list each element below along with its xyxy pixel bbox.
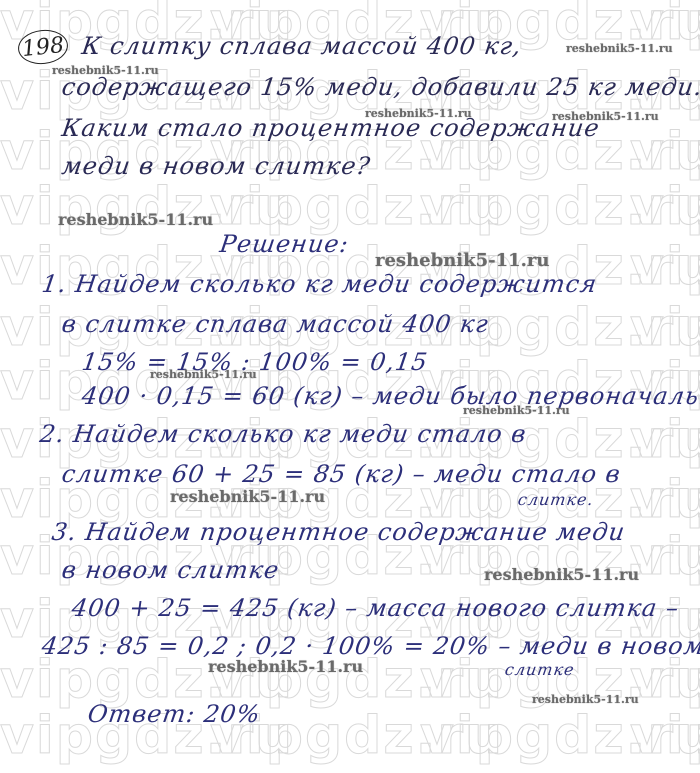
watermark-reshebnik: reshebnik5-11.ru (532, 693, 639, 706)
problem-line: содержащего 15% меди, добавили 25 кг мед… (60, 73, 700, 101)
solution-line: 1. Найдем сколько кг меди содержится (40, 270, 599, 298)
problem-line: меди в новом слитке? (60, 152, 372, 180)
problem-line: Каким стало процентное содержание (60, 114, 602, 142)
watermark-vipgdz: vipgdz.ru (210, 177, 504, 237)
watermark-reshebnik: reshebnik5-11.ru (58, 210, 213, 229)
watermark-reshebnik: reshebnik5-11.ru (566, 42, 673, 55)
solution-line: 400 · 0,15 = 60 (кг) – меди было первона… (80, 382, 700, 410)
watermark-reshebnik: reshebnik5-11.ru (484, 565, 639, 584)
watermark-reshebnik: reshebnik5-11.ru (208, 657, 363, 676)
solution-line: в слитке сплава массой 400 кг (60, 310, 491, 338)
watermark-vipgdz: vipgdz.ru (630, 177, 700, 237)
watermark-vipgdz: vipgdz.ru (420, 706, 700, 766)
watermark-reshebnik: reshebnik5-11.ru (170, 487, 325, 506)
watermark-reshebnik: reshebnik5-11.ru (52, 64, 159, 77)
solution-heading: Решение: (218, 230, 351, 258)
solution-line: 2. Найдем сколько кг меди стало в (38, 420, 528, 448)
watermark-reshebnik: reshebnik5-11.ru (552, 110, 659, 123)
watermark-vipgdz: vipgdz.ru (630, 706, 700, 766)
watermark-reshebnik: reshebnik5-11.ru (463, 404, 570, 417)
watermark-vipgdz: vipgdz.ru (630, 470, 700, 530)
solution-line: слитке. (517, 490, 595, 509)
solution-line: слитке 60 + 25 = 85 (кг) – меди стало в (60, 460, 623, 488)
watermark-vipgdz: vipgdz.ru (630, 298, 700, 358)
problem-line: К слитку сплава массой 400 кг, (80, 32, 524, 60)
watermark-reshebnik: reshebnik5-11.ru (150, 368, 257, 381)
watermark-reshebnik: reshebnik5-11.ru (365, 107, 472, 120)
watermark-reshebnik: reshebnik5-11.ru (375, 250, 549, 271)
solution-line: слитке (504, 660, 576, 679)
answer: Ответ: 20% (86, 700, 262, 728)
watermark-vipgdz: vipgdz.ru (630, 237, 700, 297)
watermark-vipgdz: vipgdz.ru (420, 177, 700, 237)
problem-number: 198 (16, 27, 69, 66)
solution-line: 3. Найдем процентное содержание меди (50, 518, 627, 546)
solution-line: 400 + 25 = 425 (кг) – масса нового слитк… (70, 594, 681, 622)
watermark-vipgdz: vipgdz.ru (630, 122, 700, 182)
solution-line: 425 : 85 = 0,2 ; 0,2 · 100% = 20% – меди… (40, 632, 700, 660)
solution-line: в новом слитке (60, 556, 281, 584)
watermark-vipgdz: vipgdz.ru (630, 410, 700, 470)
watermark-vipgdz: vipgdz.ru (630, 527, 700, 587)
